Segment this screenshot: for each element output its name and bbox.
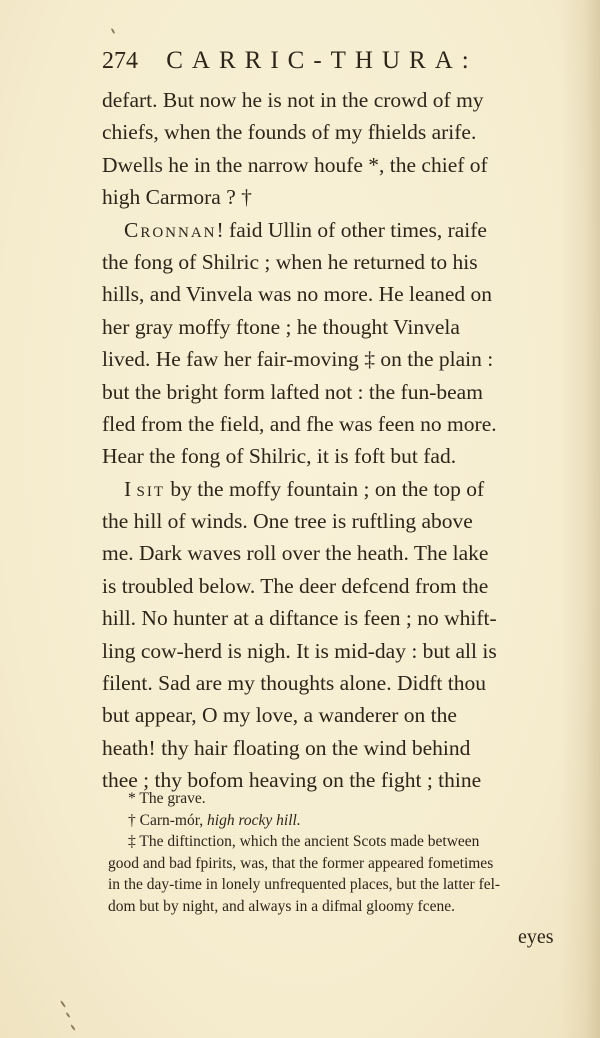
text-line: but the bright form lafted not : the fun… bbox=[102, 376, 558, 408]
page-number: 274 bbox=[102, 48, 138, 74]
line-text: me. Dark waves roll over the heath. The … bbox=[102, 537, 488, 569]
running-title: CARRIC-THURA: bbox=[166, 47, 477, 74]
drop-cap: I bbox=[124, 477, 131, 501]
running-head: 274 CARRIC-THURA: bbox=[102, 46, 562, 76]
catchword: eyes bbox=[518, 926, 554, 949]
text-line: Hear the fong of Shilric, it is foft but… bbox=[102, 440, 558, 472]
book-page: 274 CARRIC-THURA: defart. But now he is … bbox=[0, 0, 600, 1038]
line-text: Dwells he in the narrow houfe *, the chi… bbox=[102, 149, 488, 181]
text-line: high Carmora ? † bbox=[102, 181, 558, 213]
text-line: me. Dark waves roll over the heath. The … bbox=[102, 537, 558, 569]
line-text: filent. Sad are my thoughts alone. Didft… bbox=[102, 667, 486, 699]
line-text: the fong of Shilric ; when he returned t… bbox=[102, 246, 478, 278]
text-line: filent. Sad are my thoughts alone. Didft… bbox=[102, 667, 558, 699]
paragraph-start-isit: I sit by the moffy fountain ; on the top… bbox=[102, 473, 558, 505]
footnote-italic-gloss: high rocky hill. bbox=[207, 812, 301, 829]
paper-speck bbox=[70, 1024, 76, 1031]
asterisk-mark: * bbox=[128, 790, 136, 807]
footnote-line: good and bad fpirits, was, that the form… bbox=[108, 853, 558, 875]
line-text: defart. But now he is not in the crowd o… bbox=[102, 84, 484, 116]
line-text: heath! thy hair floating on the wind beh… bbox=[102, 732, 470, 764]
text-line: the hill of winds. One tree is ruftling … bbox=[102, 505, 558, 537]
line-text: her gray moffy ftone ; he thought Vinvel… bbox=[102, 311, 460, 343]
text-line: hill. No hunter at a diftance is feen ; … bbox=[102, 602, 558, 634]
line-text: but the bright form lafted not : the fun… bbox=[102, 376, 483, 408]
text-line: but appear, O my love, a wanderer on the bbox=[102, 699, 558, 731]
text-line: her gray moffy ftone ; he thought Vinvel… bbox=[102, 311, 558, 343]
footnote-line: dom but by night, and always in a difmal… bbox=[108, 896, 558, 918]
footnotes: * The grave. † Carn-mór, high rocky hill… bbox=[108, 788, 558, 917]
text-line: chiefs, when the founds of my fhields ar… bbox=[102, 116, 558, 148]
text-line: lived. He faw her fair-moving ‡ on the p… bbox=[102, 343, 558, 375]
footnote-line: ‡ The diftinction, which the ancient Sco… bbox=[128, 831, 479, 853]
text-line: Dwells he in the narrow houfe *, the chi… bbox=[102, 149, 558, 181]
text-line: defart. But now he is not in the crowd o… bbox=[102, 84, 558, 116]
footnote-dagger: † Carn-mór, high rocky hill. bbox=[108, 810, 558, 832]
line-text: Hear the fong of Shilric, it is foft but… bbox=[102, 440, 456, 472]
dagger-mark: † bbox=[128, 812, 136, 829]
line-text: I sit by the moffy fountain ; on the top… bbox=[124, 473, 484, 505]
line-rest: ! faid Ullin of other times, raife bbox=[217, 218, 487, 242]
line-text: the hill of winds. One tree is ruftling … bbox=[102, 505, 473, 537]
line-text: fled from the field, and fhe was feen no… bbox=[102, 408, 497, 440]
line-text: chiefs, when the founds of my fhields ar… bbox=[102, 116, 476, 148]
text-line: fled from the field, and fhe was feen no… bbox=[102, 408, 558, 440]
line-text: hills, and Vinvela was no more. He leane… bbox=[102, 278, 492, 310]
line-rest: by the moffy fountain ; on the top of bbox=[170, 477, 484, 501]
line-text: is troubled below. The deer defcend from… bbox=[102, 570, 488, 602]
line-text: ling cow-herd is nigh. It is mid-day : b… bbox=[102, 635, 497, 667]
smallcaps-word: sit bbox=[137, 477, 166, 501]
paper-speck bbox=[111, 28, 116, 34]
footnote-text: Carn-mór, bbox=[140, 812, 204, 829]
text-line: heath! thy hair floating on the wind beh… bbox=[102, 732, 558, 764]
double-dagger-mark: ‡ bbox=[128, 833, 136, 850]
text-line: is troubled below. The deer defcend from… bbox=[102, 570, 558, 602]
paper-speck bbox=[65, 1012, 70, 1018]
line-text: but appear, O my love, a wanderer on the bbox=[102, 699, 457, 731]
body-text: defart. But now he is not in the crowd o… bbox=[102, 84, 558, 797]
line-text: Cronnan! faid Ullin of other times, raif… bbox=[124, 214, 487, 246]
footnote-line: in the day-time in lonely unfrequented p… bbox=[108, 874, 558, 896]
footnote-double-dagger: ‡ The diftinction, which the ancient Sco… bbox=[108, 831, 558, 853]
text-line: hills, and Vinvela was no more. He leane… bbox=[102, 278, 558, 310]
text-line: ling cow-herd is nigh. It is mid-day : b… bbox=[102, 635, 558, 667]
speaker-name: Cronnan bbox=[124, 218, 217, 242]
paper-speck bbox=[60, 1000, 66, 1008]
footnote-text: The diftinction, which the ancient Scots… bbox=[139, 833, 479, 850]
line-text: lived. He faw her fair-moving ‡ on the p… bbox=[102, 343, 493, 375]
footnote-asterisk: * The grave. bbox=[108, 788, 558, 810]
line-text: high Carmora ? † bbox=[102, 181, 252, 213]
text-line: the fong of Shilric ; when he returned t… bbox=[102, 246, 558, 278]
paragraph-start-cronnan: Cronnan! faid Ullin of other times, raif… bbox=[102, 214, 558, 246]
line-text: hill. No hunter at a diftance is feen ; … bbox=[102, 602, 497, 634]
footnote-text: The grave. bbox=[139, 790, 205, 807]
